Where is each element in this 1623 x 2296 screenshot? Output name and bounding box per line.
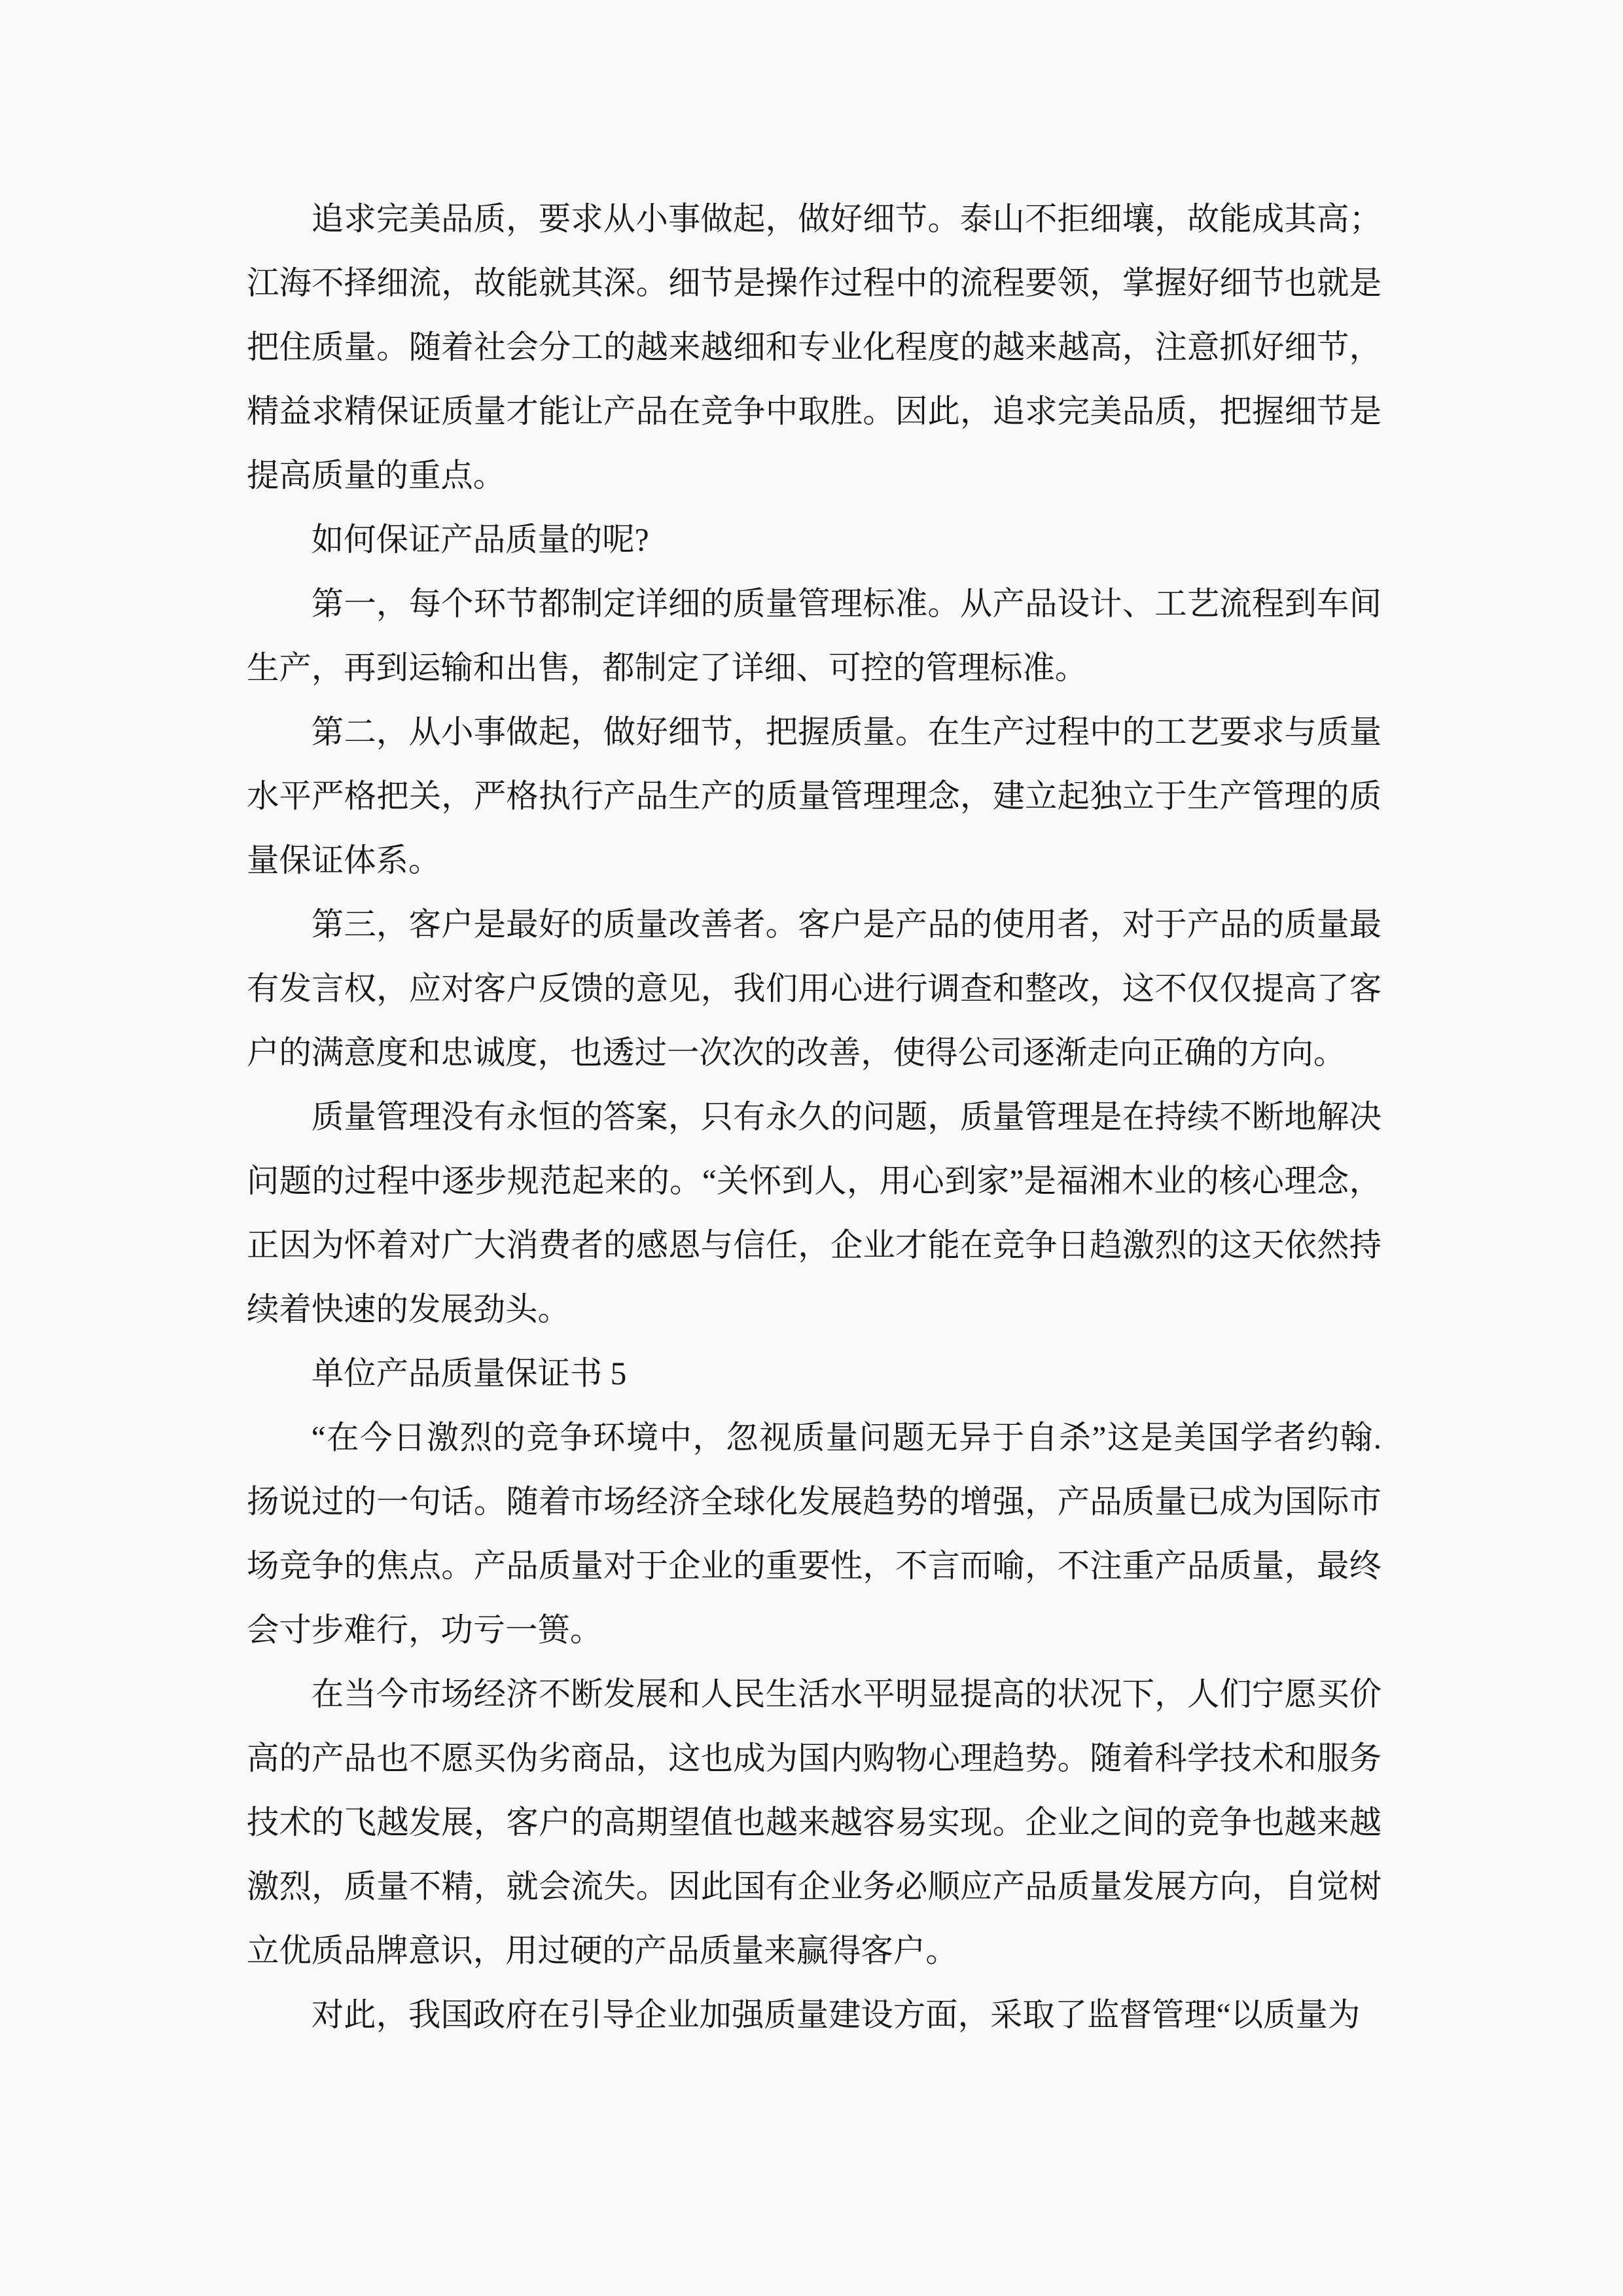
document-body: 追求完美品质，要求从小事做起，做好细节。泰山不拒细壤，故能成其高；江海不择细流，… xyxy=(247,187,1382,2047)
paragraph: 第三，客户是最好的质量改善者。客户是产品的使用者，对于产品的质量最有发言权，应对… xyxy=(247,893,1382,1085)
paragraph: “在今日激烈的竞争环境中，忽视质量问题无异于自杀”这是美国学者约翰.扬说过的一句… xyxy=(247,1406,1382,1662)
paragraph: 质量管理没有永恒的答案，只有永久的问题，质量管理是在持续不断地解决问题的过程中逐… xyxy=(247,1085,1382,1342)
paragraph: 如何保证产品质量的呢? xyxy=(247,508,1382,572)
paragraph: 对此，我国政府在引导企业加强质量建设方面，采取了监督管理“以质量为 xyxy=(247,1983,1382,2047)
paragraph: 追求完美品质，要求从小事做起，做好细节。泰山不拒细壤，故能成其高；江海不择细流，… xyxy=(247,187,1382,508)
paragraph: 在当今市场经济不断发展和人民生活水平明显提高的状况下，人们宁愿买价高的产品也不愿… xyxy=(247,1662,1382,1983)
paragraph: 第一，每个环节都制定详细的质量管理标准。从产品设计、工艺流程到车间生产，再到运输… xyxy=(247,572,1382,700)
paragraph: 第二，从小事做起，做好细节，把握质量。在生产过程中的工艺要求与质量水平严格把关，… xyxy=(247,700,1382,893)
paragraph: 单位产品质量保证书 5 xyxy=(247,1342,1382,1406)
document-canvas: { "page": { "background_color": "#f9f9f9… xyxy=(0,0,1623,2296)
document-page: 追求完美品质，要求从小事做起，做好细节。泰山不拒细壤，故能成其高；江海不择细流，… xyxy=(0,0,1623,2296)
